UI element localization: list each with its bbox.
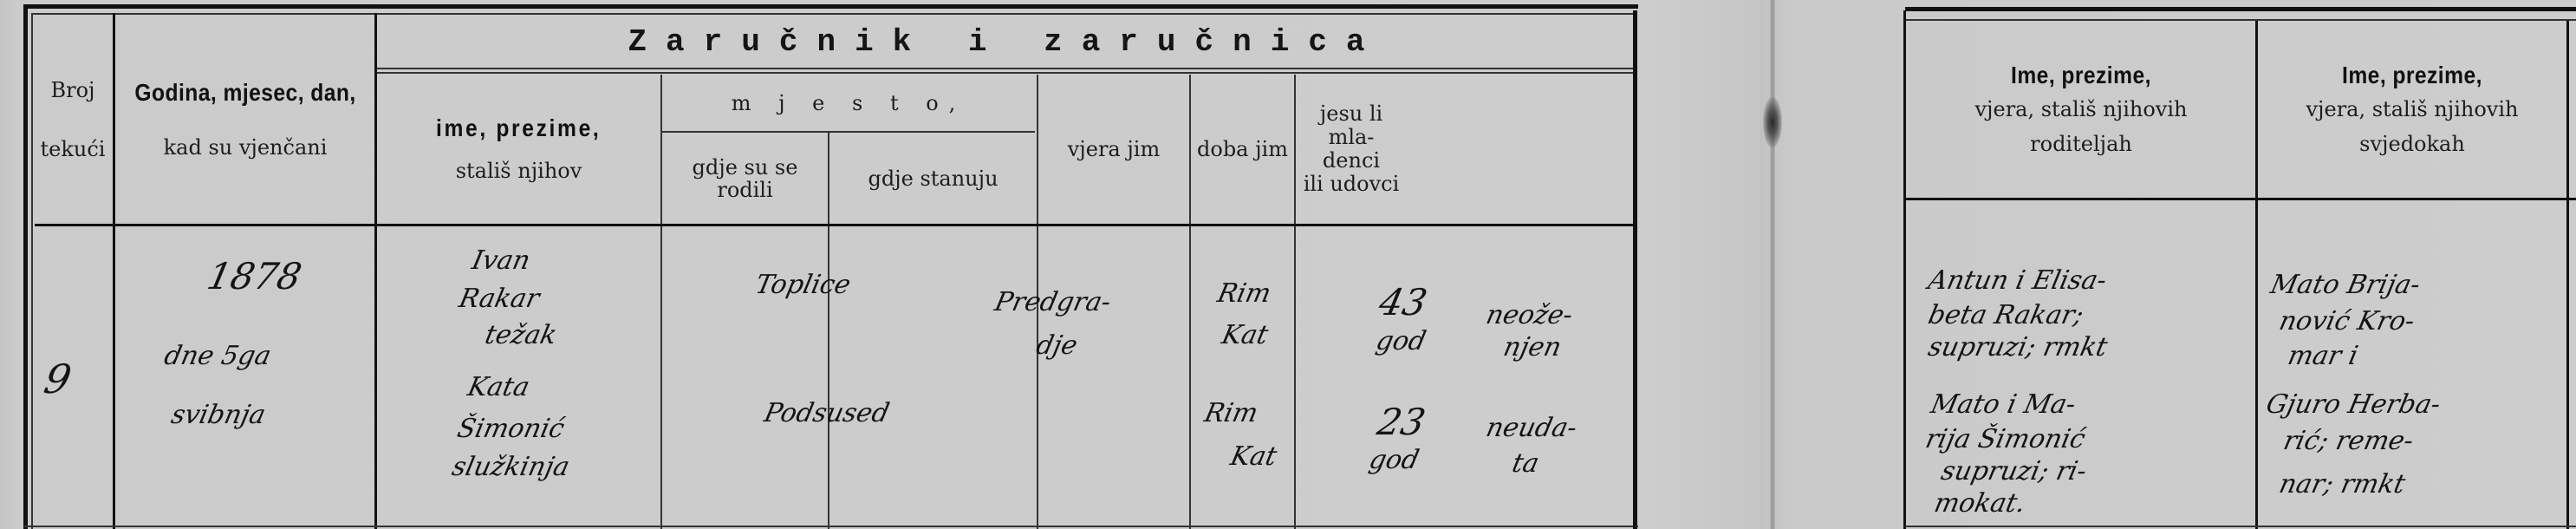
bride-religion-1: Rim	[1201, 397, 1261, 430]
header-title-band: Zaručnik i zaručnica	[377, 16, 1635, 68]
rule-bottom-right	[1905, 526, 2576, 527]
header-svjedoci-sub1: vjera, stališ njihovih	[2306, 95, 2519, 124]
header-roditelji: Ime, prezime, vjera, stališ njihovih rod…	[1907, 23, 2255, 196]
header-mladenci-line3: ili udovci	[1301, 173, 1402, 196]
rule-left-right	[1903, 10, 1906, 529]
bride-birthplace: Podsused	[761, 397, 892, 430]
bride-age: 23	[1375, 406, 1428, 439]
witnesses-line6: nar; rmkt	[2276, 468, 2408, 501]
rule-top-inner	[33, 13, 1635, 15]
header-svjedoci-sub2: svjedokah	[2359, 129, 2465, 159]
header-stanuju-label: gdje stanuju	[868, 164, 998, 193]
rule-title-bottom-2	[377, 72, 1635, 74]
header-doba-label: doba jim	[1197, 134, 1288, 164]
header-title: Zaručnik i zaručnica	[628, 24, 1383, 60]
witnesses-line5: rić; remе-	[2280, 425, 2417, 458]
bride-first-name: Kata	[465, 371, 532, 404]
rule-bottom	[24, 526, 1638, 527]
groom-religion-2: Kat	[1219, 319, 1271, 352]
groom-age-unit: god	[1373, 325, 1429, 358]
header-ime: ime, prezime, stališ njihov	[377, 75, 660, 224]
bride-marital-1: neuda-	[1483, 412, 1580, 445]
ink-blot	[1763, 97, 1782, 147]
groom-first-name: Ivan	[469, 245, 533, 278]
bride-occupation: služkinja	[449, 451, 572, 484]
header-godina-sub: kad su vjenčani	[164, 133, 328, 162]
header-svjedoci-bold: Ime, prezime,	[2342, 60, 2482, 91]
entry-year: 1878	[205, 260, 304, 293]
header-vjera-label: vjera jim	[1068, 134, 1161, 164]
rule-col-1	[113, 13, 115, 529]
header-stanuju: gdje stanuju	[829, 134, 1037, 224]
witnesses-line2: nović Kro-	[2276, 305, 2417, 338]
entry-day: dne 5ga	[161, 340, 274, 373]
rule-title-bottom	[377, 68, 1635, 69]
header-roditelji-sub1: vjera, stališ njihovih	[1975, 95, 2188, 124]
groom-surname: Rakar	[456, 283, 543, 316]
parents-line5: Mato i Ma-	[1928, 389, 2078, 421]
parents-line8: mokat.	[1931, 487, 2028, 520]
parents-line2: beta Rakar;	[1925, 299, 2086, 332]
rule-col-right-2	[2566, 21, 2569, 529]
header-broj-line1: Broj	[51, 75, 95, 105]
groom-marital-1: neože-	[1483, 299, 1576, 332]
header-mladenci-line1: jesu li mla-	[1301, 102, 1402, 149]
header-mjesto-label: m j e s t o,	[732, 91, 966, 115]
header-rodili-line1: gdje su se	[693, 156, 798, 179]
header-roditelji-bold: Ime, prezime,	[2011, 60, 2151, 91]
header-vjera: vjera jim	[1038, 75, 1189, 224]
rule-top	[24, 4, 1638, 9]
bride-religion-2: Kat	[1227, 441, 1279, 473]
header-doba: doba jim	[1191, 75, 1294, 224]
rule-top-right	[1905, 7, 2576, 11]
groom-birthplace: Toplice	[752, 269, 854, 302]
parents-line7: supruzi; ri-	[1938, 455, 2090, 488]
groom-age: 43	[1376, 286, 1430, 319]
bride-surname: Šimonić	[454, 413, 567, 446]
residence-line2: dje	[1033, 330, 1080, 362]
rule-header-bottom-right	[1905, 198, 2576, 200]
header-mladenci-line2: denci	[1301, 149, 1402, 173]
header-rodili-line2: rodili	[717, 179, 772, 201]
rule-left-outer	[23, 4, 28, 529]
witnesses-line4: Gjuro Herba-	[2263, 389, 2443, 421]
header-broj-line2: tekući	[41, 134, 106, 164]
witnesses-line3: mar i	[2285, 340, 2361, 373]
parents-line3: supruzi; rmkt	[1925, 331, 2111, 364]
header-broj: Broj tekući	[33, 16, 113, 224]
entry-month: svibnja	[168, 399, 269, 432]
header-ime-bold: ime, prezime,	[436, 113, 601, 144]
header-godina-bold: Godina, mjesec, dan,	[134, 77, 355, 108]
groom-occupation: težak	[482, 319, 560, 352]
bride-age-unit: god	[1366, 444, 1422, 477]
rule-col-8	[1633, 10, 1636, 529]
book-gutter	[1770, 0, 1775, 529]
parents-line1: Antun i Elisa-	[1925, 264, 2110, 297]
groom-religion-1: Rim	[1214, 278, 1274, 310]
parents-line6: rija Šimonić	[1922, 423, 2088, 456]
rule-mjesto-bottom	[662, 131, 1035, 133]
header-mjesto: m j e s t o,	[662, 75, 1035, 131]
header-svjedoci: Ime, prezime, vjera, stališ njihovih svj…	[2258, 23, 2566, 196]
header-rodili: gdje su se rodili	[662, 134, 828, 224]
header-mladenci: jesu li mla- denci ili udovci	[1296, 75, 1635, 224]
header-roditelji-sub2: roditeljah	[2030, 129, 2132, 159]
header-godina: Godina, mjesec, dan, kad su vjenčani	[116, 16, 374, 224]
groom-marital-2: njen	[1500, 331, 1564, 364]
residence-line1: Predgra-	[992, 286, 1114, 319]
rule-top-right-inner	[1905, 19, 2576, 21]
rule-header-bottom	[35, 224, 1635, 226]
witnesses-line1: Mato Brija-	[2267, 269, 2423, 302]
header-ime-sub: stališ njihov	[456, 156, 582, 186]
